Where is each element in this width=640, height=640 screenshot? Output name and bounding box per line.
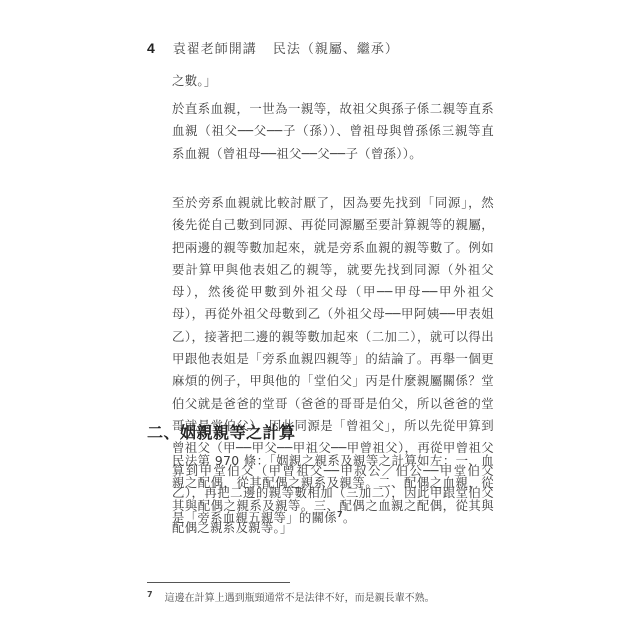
running-header: 4 袁翟老師開講 民法（親屬、繼承） — [147, 38, 399, 57]
book-title: 袁翟老師開講 — [173, 38, 257, 57]
paragraph-lineal-relatives: 於直系血親，一世為一親等，故祖父與孫子係二親等直系血親（祖父──父──子（孫））… — [172, 98, 494, 165]
section-heading: 二、姻親親等之計算 — [147, 420, 296, 443]
footnote: 7這邊在計算上遇到瓶頸通常不是法律不好，而是親長輩不熟。 — [147, 589, 435, 604]
paragraph-article-970: 民法第 970 條：「姻親之親系及親等之計算如左：一、血親之配偶，從其配偶之親系… — [172, 450, 494, 539]
footnote-mark: 7 — [147, 590, 153, 599]
page-number: 4 — [147, 40, 155, 56]
chapter-title: 民法（親屬、繼承） — [273, 38, 399, 57]
footnote-divider — [147, 582, 290, 583]
footnote-text: 這邊在計算上遇到瓶頸通常不是法律不好，而是親長輩不熟。 — [165, 593, 435, 604]
paragraph-continuation: 之數。」 — [172, 70, 494, 92]
